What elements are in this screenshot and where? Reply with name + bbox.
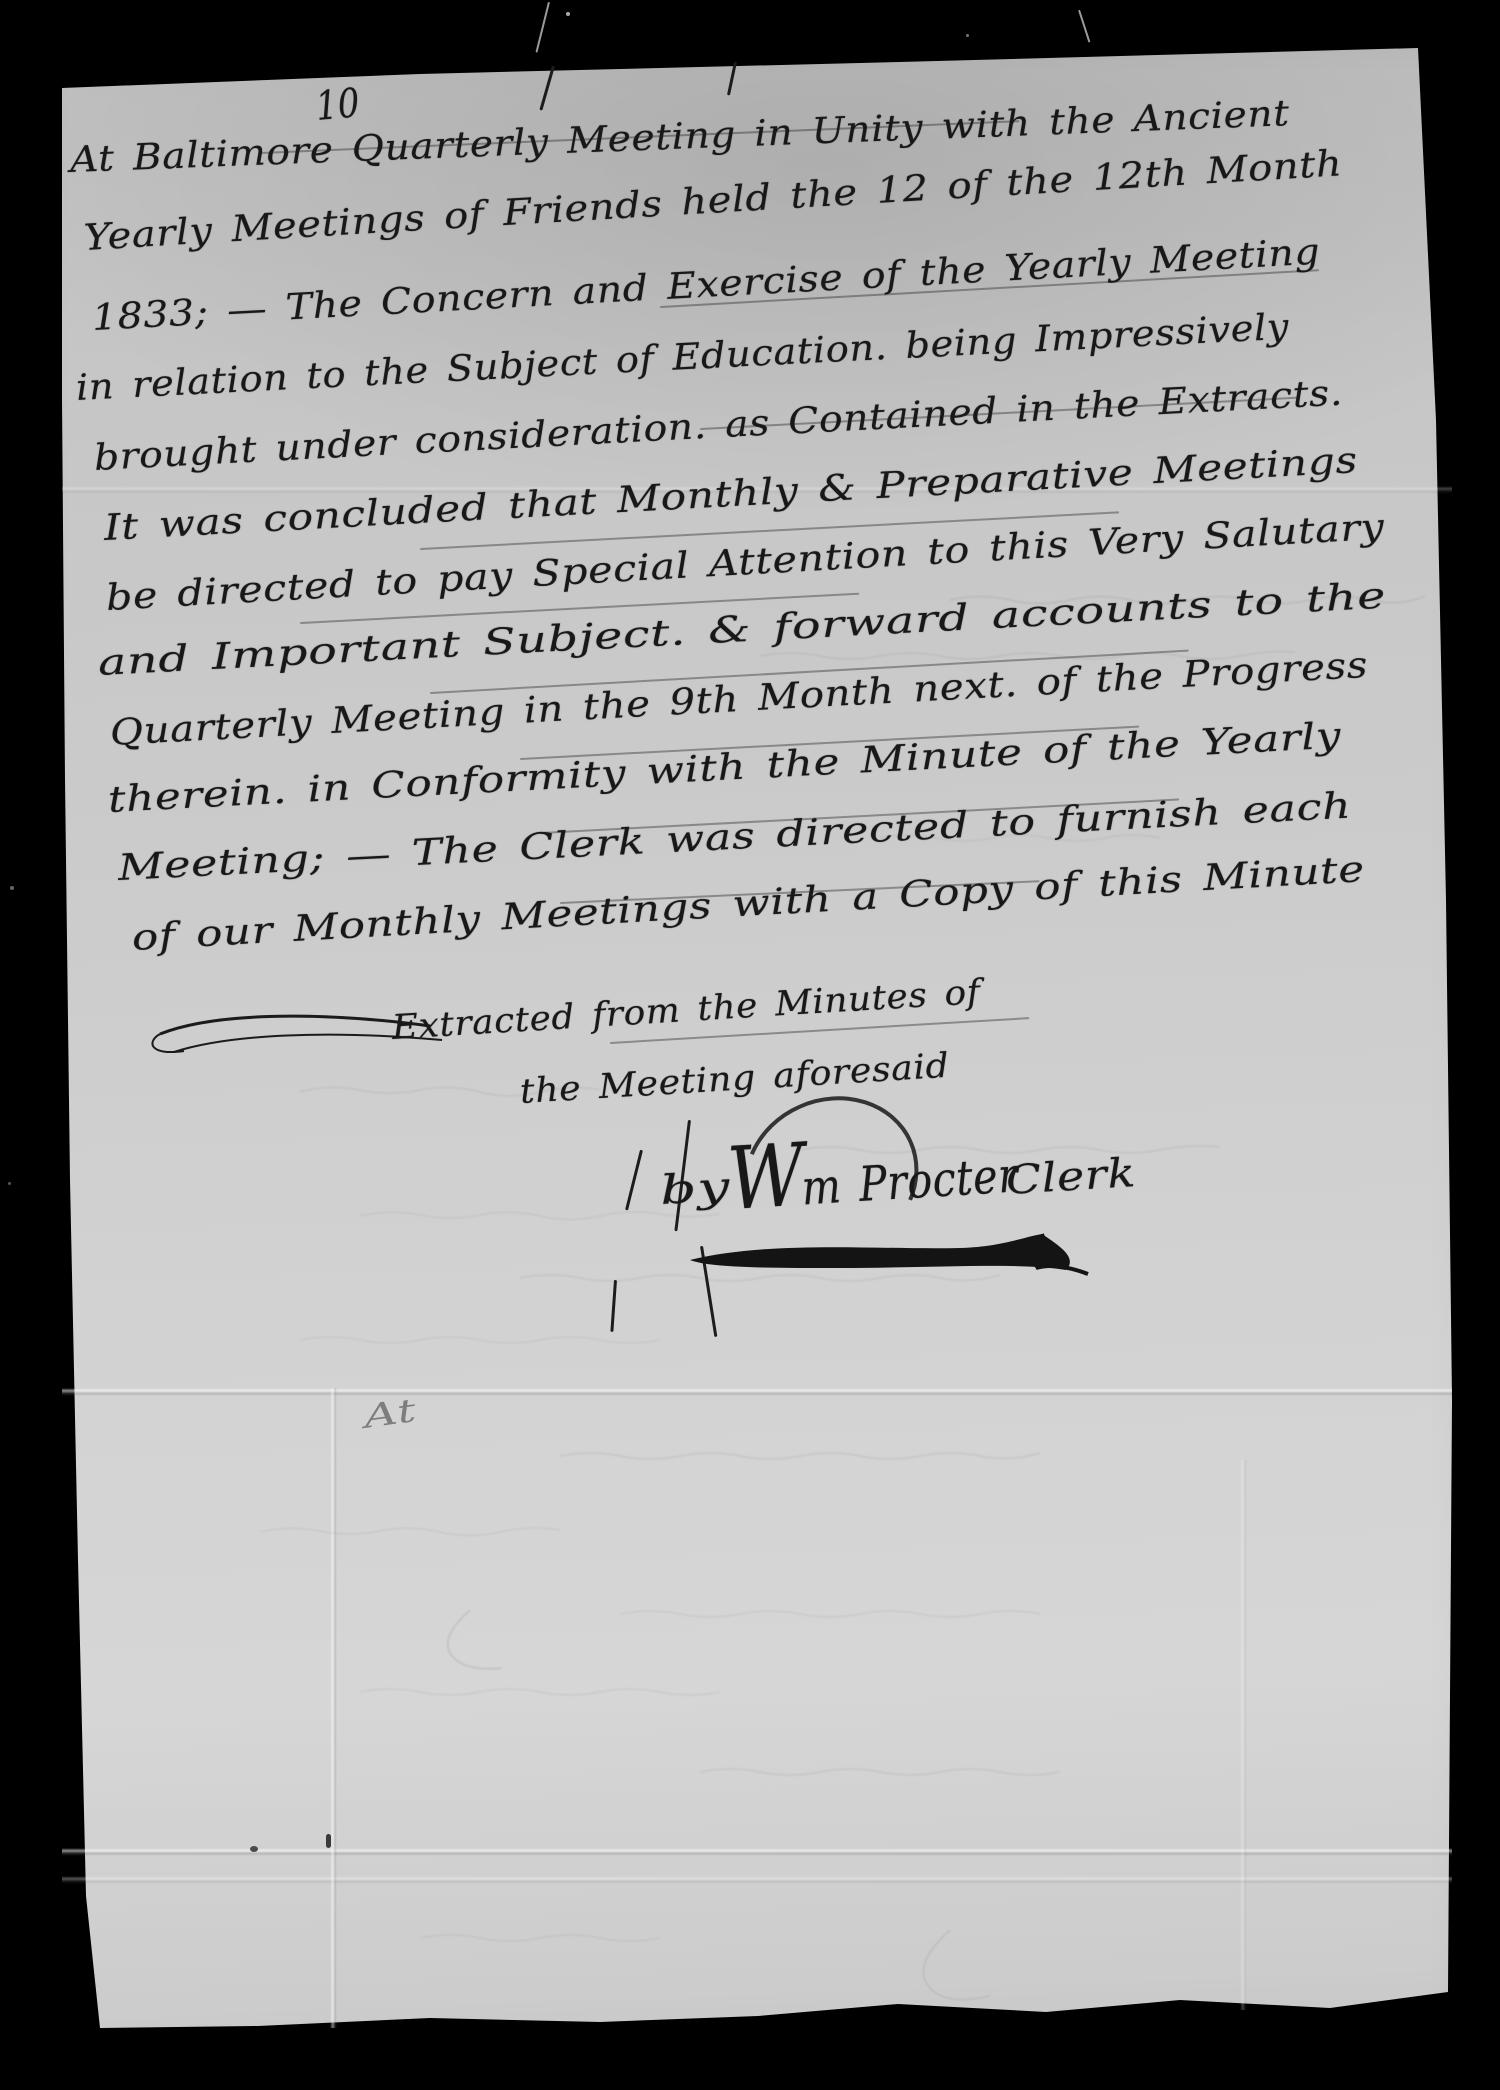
page-number: 10 — [314, 80, 362, 130]
ink-blot — [326, 1834, 331, 1848]
document-scan: 10 At Baltimore Quarterly Meeting in Uni… — [0, 0, 1500, 2090]
margin-mark: At — [361, 1391, 419, 1436]
signature-title: Clerk — [1005, 1150, 1137, 1204]
dust-speck — [8, 1182, 11, 1185]
dust-speck — [10, 886, 14, 890]
signature-name: Wm Procter — [725, 1112, 1020, 1230]
signature-underline-flourish — [680, 1232, 1120, 1302]
signature-by: by — [659, 1164, 732, 1214]
ink-blot — [250, 1846, 258, 1852]
dust-speck — [566, 12, 570, 16]
dust-speck — [966, 34, 969, 37]
